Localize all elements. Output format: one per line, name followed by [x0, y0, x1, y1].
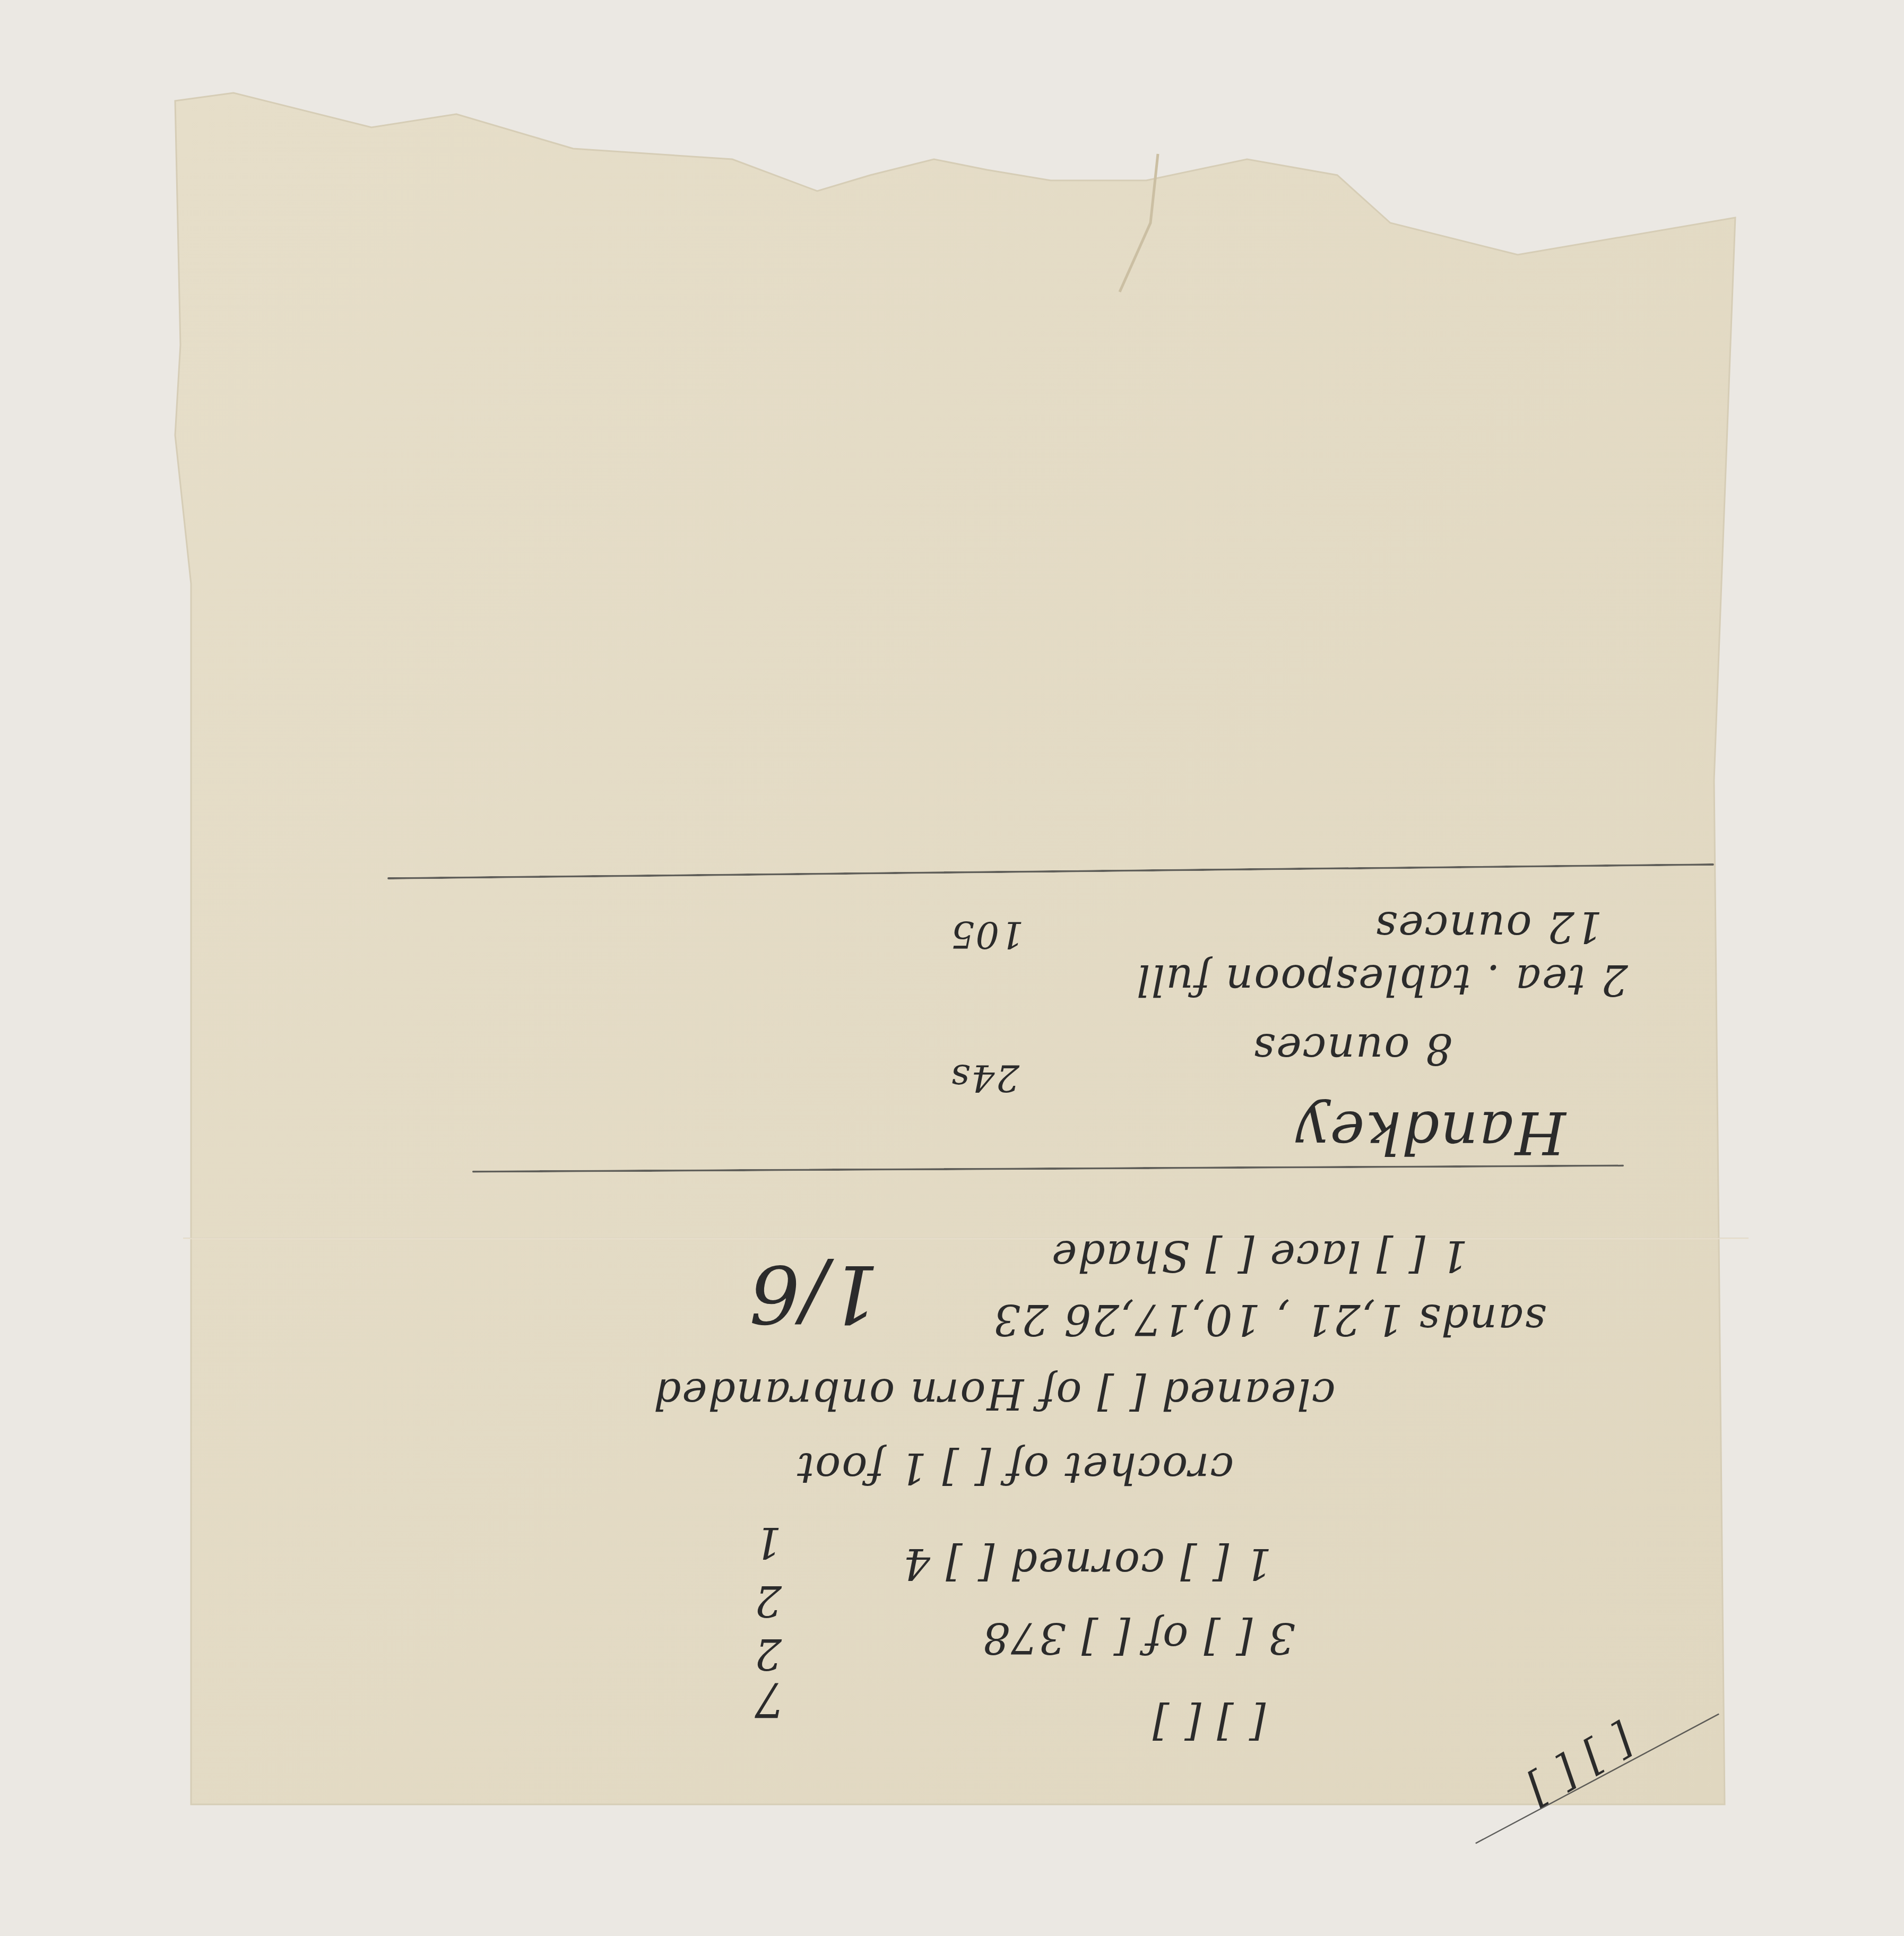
margin-number: 105 [950, 913, 1024, 956]
manuscript-page: 12 ounces 2 tea . tablespoon full 8 ounc… [0, 0, 1904, 1936]
handwritten-line: 3 [ ] of [ ] 378 [982, 1613, 1295, 1663]
handwritten-line: 12 ounces [1374, 902, 1603, 952]
margin-number: 1 [754, 1518, 782, 1567]
fraction-mark: 1/6 [748, 1247, 879, 1339]
handwritten-line: sands 1,21 , 10,17,26 23 [992, 1295, 1546, 1344]
handwritten-line: crochet of [ ] 1 foot [796, 1444, 1234, 1493]
handwritten-line: 1 [ ] lace [ ] Shade [1051, 1231, 1468, 1281]
handwritten-line: 8 ounces [1252, 1024, 1452, 1074]
margin-number: 2 [754, 1576, 782, 1626]
handwritten-line: [ ] [ ] [1152, 1698, 1266, 1748]
fold-crease [183, 1238, 1749, 1239]
handwritten-line: Handkey [1295, 1099, 1566, 1166]
handwritten-line: cleaned [ ] of Horn onbranded [653, 1369, 1336, 1419]
margin-number: 24s [950, 1056, 1019, 1100]
margin-number: 7 [754, 1672, 785, 1727]
handwritten-line: 1 [ ] corned [ ] 4 [902, 1539, 1272, 1588]
handwritten-line: 2 tea . tablespoon full [1136, 955, 1628, 1005]
